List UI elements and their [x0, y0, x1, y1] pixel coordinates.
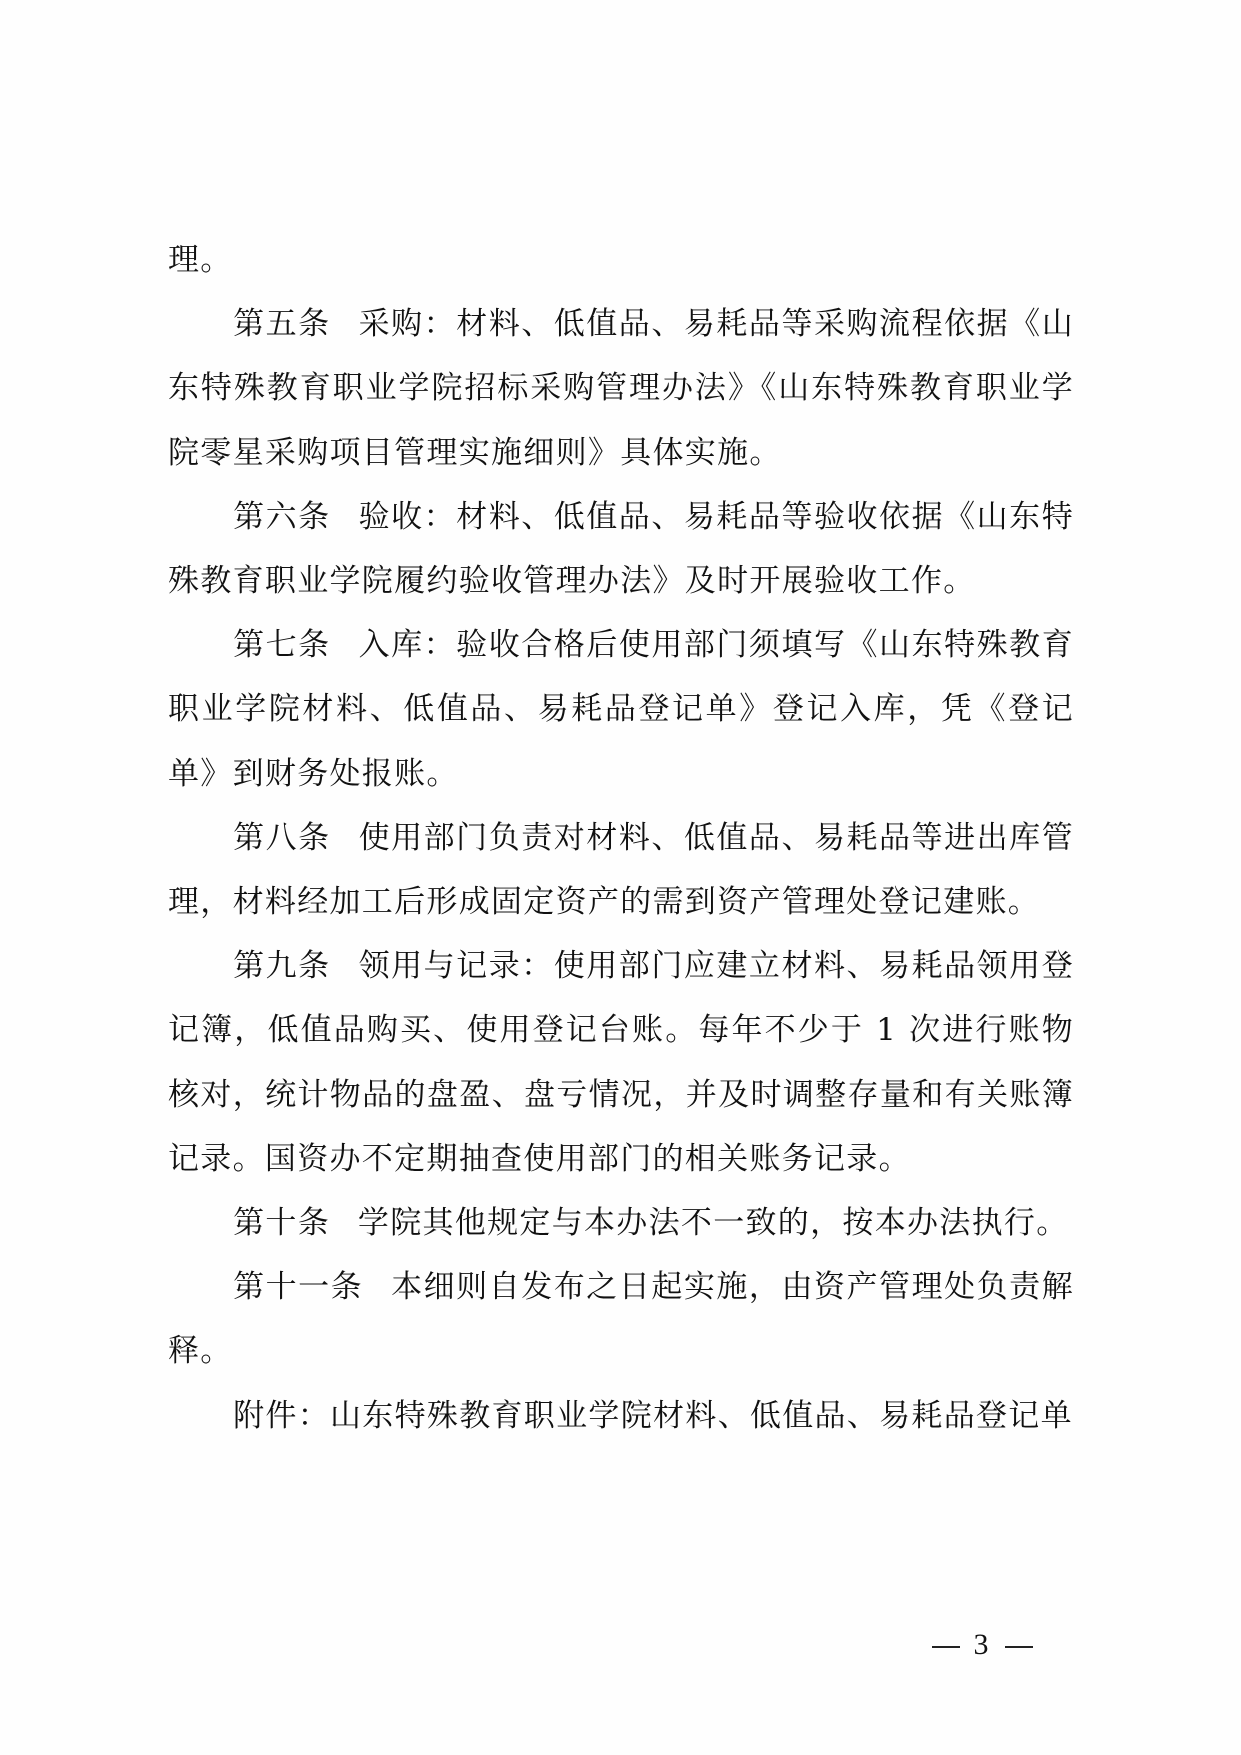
article-number: 第十条	[233, 1205, 330, 1241]
attachment-note: 附件：山东特殊教育职业学院材料、低值品、易耗品登记单	[168, 1384, 1074, 1448]
continuation-text: 理。	[168, 228, 1074, 292]
article-10: 第十条学院其他规定与本办法不一致的，按本办法执行。	[168, 1191, 1074, 1255]
article-number: 第七条	[233, 627, 331, 663]
page-number: 3	[912, 1628, 1052, 1662]
article-number: 第九条	[233, 948, 331, 984]
article-text: 学院其他规定与本办法不一致的，按本办法执行。	[358, 1205, 1069, 1241]
article-5: 第五条采购：材料、低值品、易耗品等采购流程依据《山东特殊教育职业学院招标采购管理…	[168, 292, 1074, 485]
page-number-value: 3	[974, 1628, 991, 1661]
document-page: 理。 第五条采购：材料、低值品、易耗品等采购流程依据《山东特殊教育职业学院招标采…	[0, 0, 1241, 1755]
article-7: 第七条入库：验收合格后使用部门须填写《山东特殊教育职业学院材料、低值品、易耗品登…	[168, 613, 1074, 806]
dash-left-icon	[932, 1646, 960, 1647]
dash-right-icon	[1005, 1646, 1033, 1647]
article-number: 第十一条	[233, 1269, 363, 1305]
document-body: 理。 第五条采购：材料、低值品、易耗品等采购流程依据《山东特殊教育职业学院招标采…	[168, 228, 1074, 1448]
article-number: 第五条	[233, 306, 331, 342]
article-number: 第八条	[233, 820, 331, 856]
article-number: 第六条	[233, 499, 331, 535]
article-11: 第十一条本细则自发布之日起实施，由资产管理处负责解释。	[168, 1255, 1074, 1383]
article-6: 第六条验收：材料、低值品、易耗品等验收依据《山东特殊教育职业学院履约验收管理办法…	[168, 485, 1074, 613]
article-9: 第九条领用与记录：使用部门应建立材料、易耗品领用登记簿，低值品购买、使用登记台账…	[168, 934, 1074, 1191]
article-8: 第八条使用部门负责对材料、低值品、易耗品等进出库管理，材料经加工后形成固定资产的…	[168, 806, 1074, 934]
